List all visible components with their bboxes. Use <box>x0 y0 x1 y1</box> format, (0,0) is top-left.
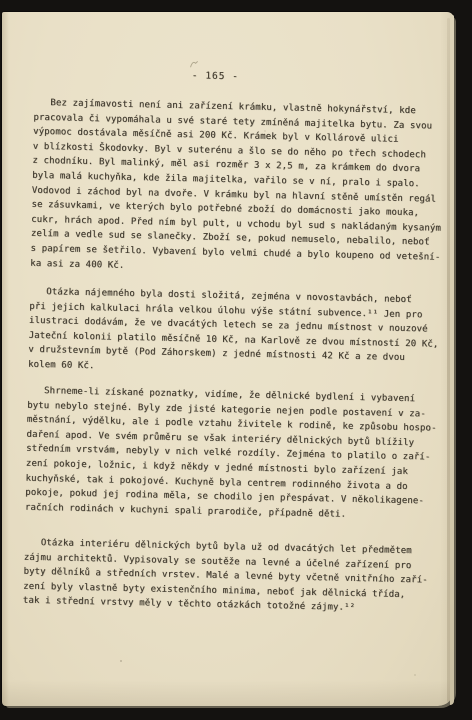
pencil-mark-icon <box>188 58 202 70</box>
paper-speck <box>264 130 266 132</box>
paper-speck <box>390 312 392 314</box>
paper-speck <box>62 572 64 574</box>
paper-speck <box>120 660 122 662</box>
page-stack-edge <box>450 15 454 705</box>
typewritten-paragraph-shop-interior: Bez zajímavosti není ani zařízení krámku… <box>30 96 448 280</box>
typewritten-text-block: - 165 - Bez zajímavosti není ani zařízen… <box>0 7 456 711</box>
page-number: - 165 - <box>150 69 280 83</box>
typewritten-paragraph-summary-housing: Shrneme-li získané poznatky, vidíme, že … <box>25 384 442 524</box>
scanned-book-page: - 165 - Bez zajímavosti není ani zařízen… <box>2 12 454 706</box>
typewritten-paragraph-interior-architects: Otázka interiéru dělnických bytů byla už… <box>23 536 438 618</box>
paper-speck <box>414 674 416 676</box>
typewritten-paragraph-rent-question: Otázka nájemného byla dosti složitá, zej… <box>28 285 444 382</box>
